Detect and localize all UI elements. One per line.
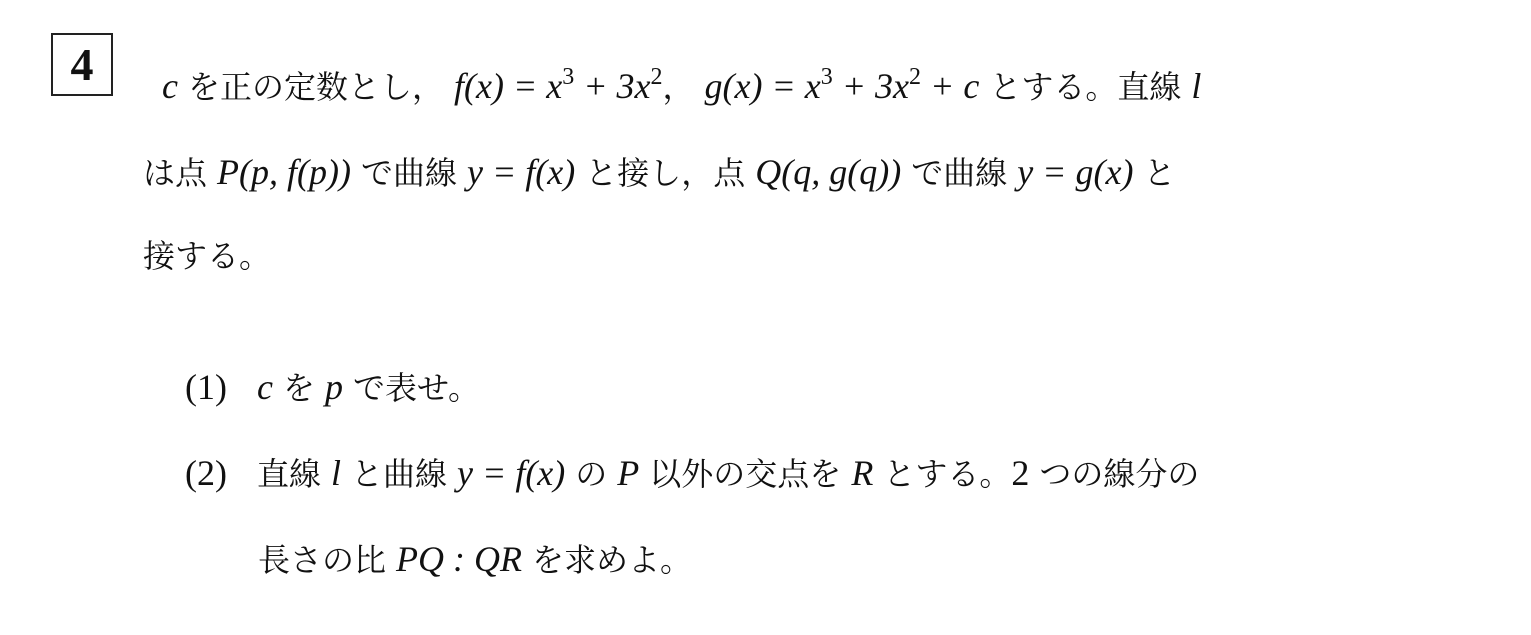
math-ratio: PQ : QR	[396, 539, 522, 579]
math-c: c	[257, 367, 273, 407]
math-point-P: P(p, f(p))	[217, 152, 351, 192]
intro-text: とする。直線	[989, 68, 1181, 106]
problem-number: 4	[71, 42, 94, 88]
intro-text: と	[1143, 154, 1175, 192]
intro-text: は点	[143, 154, 207, 192]
intro-text: で曲線	[361, 154, 457, 192]
intro-line-1: cを正の定数とし，f(x) = x3 + 3x2，g(x) = x3 + 3x2…	[162, 68, 1201, 105]
intro-line-3: 接する。	[143, 240, 271, 274]
problem-number-box: 4	[51, 33, 113, 96]
question-text: 直線	[257, 455, 321, 493]
question-text: を求めよ。	[532, 541, 692, 579]
math-curve-g: y = g(x)	[1017, 152, 1133, 192]
question-text: つの線分の	[1039, 455, 1199, 493]
subquestion-label: (2)	[185, 455, 257, 491]
subquestion-1: (1)cをpで表せ。	[185, 369, 480, 406]
subquestion-2-continued: 長さの比PQ : QRを求めよ。	[258, 541, 692, 578]
intro-text: 接する。	[143, 237, 271, 275]
intro-line-2: は点P(p, f(p))で曲線y = f(x)と接し，点Q(q, g(q))で曲…	[143, 154, 1175, 191]
math-point-Q: Q(q, g(q))	[755, 152, 901, 192]
math-R: R	[851, 453, 873, 493]
math-curve-f: y = f(x)	[457, 453, 565, 493]
question-text: と曲線	[351, 455, 447, 493]
subquestion-label: (1)	[185, 369, 257, 405]
math-g-def: g(x) = x3 + 3x2 + c	[705, 66, 980, 106]
question-text: とする。	[883, 455, 1011, 493]
math-l: l	[1191, 66, 1201, 106]
number-two: 2	[1011, 453, 1029, 493]
question-text: 長さの比	[258, 541, 386, 579]
math-f-def: f(x) = x3 + 3x2	[454, 66, 663, 106]
question-text: で表せ。	[353, 369, 480, 407]
math-l: l	[331, 453, 341, 493]
math-c: c	[162, 66, 178, 106]
question-text: の	[575, 455, 607, 493]
question-text: 以外の交点を	[649, 455, 841, 493]
math-P: P	[617, 453, 639, 493]
math-curve-f: y = f(x)	[467, 152, 575, 192]
intro-text: と接し，点	[585, 154, 745, 192]
subquestion-2: (2)直線lと曲線y = f(x)のP以外の交点をRとする。2つの線分の	[185, 455, 1199, 492]
comma: ，	[663, 68, 695, 106]
intro-text: を正の定数とし，	[188, 68, 444, 106]
intro-text: で曲線	[911, 154, 1007, 192]
math-p: p	[325, 367, 343, 407]
question-text: を	[283, 369, 315, 407]
